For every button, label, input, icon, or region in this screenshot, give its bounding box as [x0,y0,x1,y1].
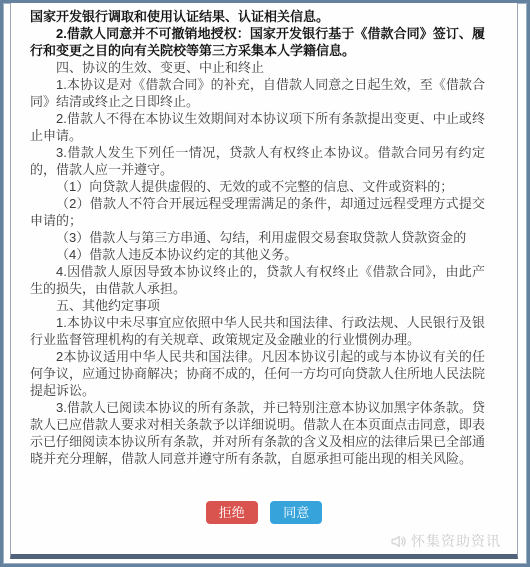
watermark: 怀集资助资讯 [390,531,501,551]
megaphone-icon [390,533,407,550]
agreement-list-item: （3）借款人与第三方串通、勾结，利用虚假交易套取贷款人贷款资金的 [30,229,485,246]
reject-button[interactable]: 拒绝 [206,501,258,524]
agreement-paragraph: 国家开发银行调取和使用认证结果、认证相关信息。 [30,8,485,25]
watermark-text: 怀集资助资讯 [411,531,501,551]
agreement-paragraph: 4.因借款人原因导致本协议终止的，贷款人有权终止《借款合同》，由此产生的损失，由… [30,263,485,297]
agreement-paragraph: 1.本协议是对《借款合同》的补充，自借款人同意之日起生效，至《借款合同》结清或终… [30,76,485,110]
agreement-list-item: （1）向贷款人提供虚假的、无效的或不完整的信息、文件或资料的； [30,178,485,195]
agreement-paragraph: 3.借款人发生下列任一情况，贷款人有权终止本协议。借款合同另有约定的，借款人应一… [30,144,485,178]
agreement-paragraph: 2本协议适用中华人民共和国法律。凡因本协议引起的或与本协议有关的任何争议，应通过… [30,348,485,399]
agreement-window: 国家开发银行调取和使用认证结果、认证相关信息。 2.借款人同意并不可撤销地授权：… [0,0,530,567]
agreement-paragraph: 3.借款人已阅读本协议的所有条款，并已特别注意本协议加黑字体条款。贷款人已应借款… [30,399,485,467]
agreement-list-item: （4）借款人违反本协议约定的其他义务。 [30,246,485,263]
agreement-paragraph: 2.借款人同意并不可撤销地授权：国家开发银行基于《借款合同》签订、履行和变更之目… [30,25,485,59]
agree-button[interactable]: 同意 [270,501,322,524]
agreement-paragraph: 2.借款人不得在本协议生效期间对本协议项下所有条款提出变更、中止或终止申请。 [30,110,485,144]
agreement-section-heading: 五、其他约定事项 [30,297,485,314]
agreement-list-item: （2）借款人不符合开展远程受理需满足的条件，却通过远程受理方式提交申请的； [30,195,485,229]
agreement-paragraph: 1.本协议中未尽事宜应依照中华人民共和国法律、行政法规、人民银行及银行业监督管理… [30,314,485,348]
agreement-text: 国家开发银行调取和使用认证结果、认证相关信息。 2.借款人同意并不可撤销地授权：… [11,3,517,467]
agreement-panel: 国家开发银行调取和使用认证结果、认证相关信息。 2.借款人同意并不可撤销地授权：… [10,3,518,559]
action-button-row: 拒绝 同意 [11,501,517,524]
agreement-section-heading: 四、协议的生效、变更、中止和终止 [30,59,485,76]
